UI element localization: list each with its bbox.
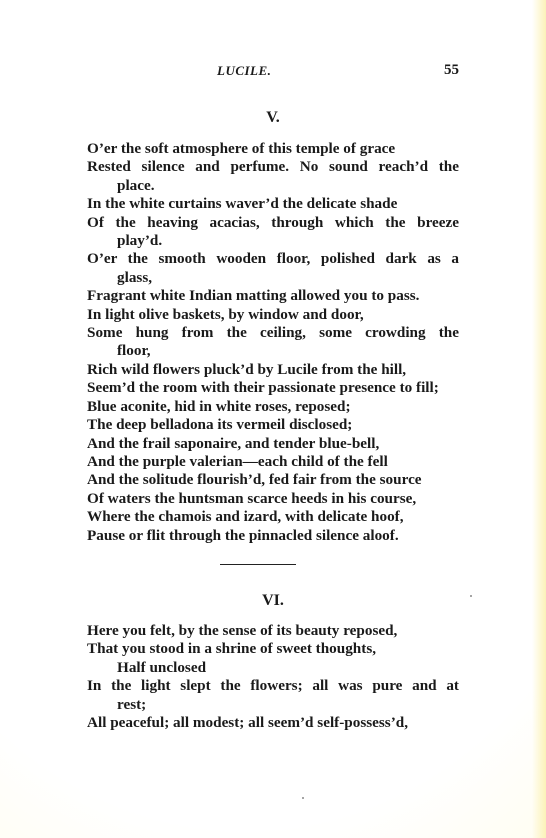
verse-line-continuation: play’d. xyxy=(87,232,459,250)
verse-line: Of the heaving acacias, through which th… xyxy=(87,214,459,232)
verse-line: Of waters the huntsman scarce heeds in h… xyxy=(87,490,459,508)
verse-line-continuation: place. xyxy=(87,177,459,195)
paper-speck xyxy=(470,595,472,597)
verse-line: And the purple valerian—each child of th… xyxy=(87,453,459,471)
verse-line: In light olive baskets, by window and do… xyxy=(87,306,459,324)
paper-speck xyxy=(302,797,304,799)
verse-line: And the frail saponaire, and tender blue… xyxy=(87,435,459,453)
verse-line-continuation: Half unclosed xyxy=(87,659,459,677)
verse-line: That you stood in a shrine of sweet thou… xyxy=(87,640,459,658)
verse-line-continuation: glass, xyxy=(87,269,459,287)
verse-line: Fragrant white Indian matting allowed yo… xyxy=(87,287,459,305)
verse-line: All peaceful; all modest; all seem’d sel… xyxy=(87,714,459,732)
verse-line-continuation: floor, xyxy=(87,342,459,360)
page-number: 55 xyxy=(444,62,459,79)
section-heading-v: V. xyxy=(87,109,459,127)
verse-line: And the solitude flourish’d, fed fair fr… xyxy=(87,471,459,489)
verse-line: The deep belladona its vermeil disclosed… xyxy=(87,416,459,434)
verse-section-vi: Here you felt, by the sense of its beaut… xyxy=(87,622,459,732)
verse-line: Seem’d the room with their passionate pr… xyxy=(87,379,459,397)
verse-line: In the white curtains waver’d the delica… xyxy=(87,195,459,213)
verse-section-v: O’er the soft atmosphere of this temple … xyxy=(87,140,459,545)
verse-line: Rested silence and perfume. No sound rea… xyxy=(87,158,459,176)
running-title: LUCILE. xyxy=(217,63,271,79)
verse-line: Where the chamois and izard, with delica… xyxy=(87,508,459,526)
verse-line: Pause or flit through the pinnacled sile… xyxy=(87,527,459,545)
verse-line: Some hung from the ceiling, some crowdin… xyxy=(87,324,459,342)
verse-line: O’er the soft atmosphere of this temple … xyxy=(87,140,459,158)
verse-line: O’er the smooth wooden floor, polished d… xyxy=(87,250,459,268)
verse-line: Rich wild flowers pluck’d by Lucile from… xyxy=(87,361,459,379)
section-heading-vi: VI. xyxy=(87,592,459,610)
verse-line: Here you felt, by the sense of its beaut… xyxy=(87,622,459,640)
verse-line: Blue aconite, hid in white roses, repose… xyxy=(87,398,459,416)
section-divider-rule xyxy=(220,564,296,565)
page-edge-tint xyxy=(532,0,546,838)
running-header: LUCILE. 55 xyxy=(87,63,459,83)
verse-line: In the light slept the flowers; all was … xyxy=(87,677,459,695)
verse-line-continuation: rest; xyxy=(87,696,459,714)
